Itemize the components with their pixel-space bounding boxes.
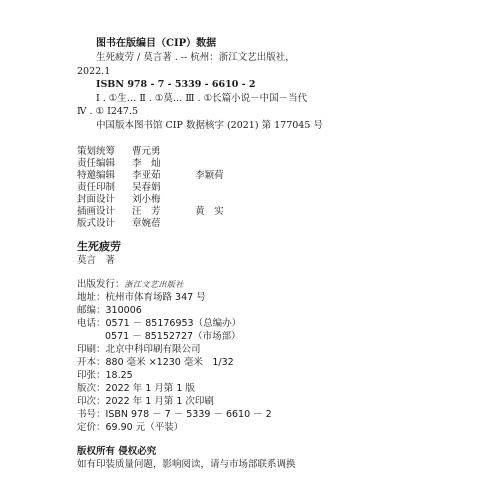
book-number-value: ISBN 978 － 7 － 5339 － 6610 － 2 [106, 409, 272, 420]
postcode-value: 310006 [106, 305, 142, 316]
credit-label: 策划统筹 [77, 146, 129, 158]
price-label: 定价： [77, 422, 106, 434]
credit-label: 版式设计 [77, 218, 129, 230]
cip-classification-2: Ⅳ . ① I247.5 [77, 106, 138, 118]
credit-row: 特邀编辑 李亚茹 李颖荷 [77, 170, 224, 182]
credit-row: 封面设计 刘小梅 [77, 194, 192, 206]
credit-row: 版式设计 章婉蓓 [77, 218, 192, 230]
edition-label: 版次： [77, 383, 106, 395]
publisher-row: 出版发行：浙江文艺出版社 [77, 279, 184, 291]
cip-line-2: 2022.1 [77, 66, 110, 78]
rights-title: 版权所有 侵权必究 [77, 446, 156, 458]
sheets-row: 印张：18.25 [77, 370, 133, 382]
credit-name: 黄 实 [195, 206, 224, 218]
book-number-row: 书号：ISBN 978 － 7 － 5339 － 6610 － 2 [77, 409, 272, 421]
printer-label: 印刷： [77, 344, 106, 356]
sheets-label: 印张： [77, 370, 106, 382]
address-label: 地址： [77, 292, 106, 304]
edition-row: 版次：2022 年 1 月第 1 版 [77, 383, 195, 395]
credit-name: 吴春娟 [132, 182, 192, 194]
sheets-value: 18.25 [106, 370, 133, 381]
phone-row: 电话：0571 － 85176953（总编办） [77, 318, 241, 330]
impression-row: 印次：2022 年 1 月第 1 次印刷 [77, 396, 214, 408]
credit-row: 责任编辑 李 灿 [77, 158, 192, 170]
edition-value: 2022 年 1 月第 1 版 [106, 383, 195, 394]
printer-value: 北京中科印刷有限公司 [106, 344, 201, 355]
cip-classification-1: Ⅰ . ①生… Ⅱ . ①莫… Ⅲ . ①长篇小说－中国－当代 [96, 93, 307, 105]
phone-value-2: 0571 － 85152727（市场部） [105, 331, 241, 343]
format-value: 880 毫米 ×1230 毫米 1/32 [106, 357, 234, 368]
publisher-label: 出版发行： [77, 279, 125, 291]
credit-label: 责任编辑 [77, 158, 129, 170]
impression-label: 印次： [77, 396, 106, 408]
phone-value-1: 0571 － 85176953（总编办） [106, 318, 242, 329]
phone-label: 电话： [77, 318, 106, 330]
book-title: 生死疲劳 [77, 241, 121, 253]
address-row: 地址：杭州市体育场路 347 号 [77, 292, 206, 304]
postcode-row: 邮编：310006 [77, 305, 142, 317]
printer-row: 印刷：北京中科印刷有限公司 [77, 344, 201, 356]
cip-isbn: ISBN 978 - 7 - 5339 - 6610 - 2 [96, 79, 256, 91]
cip-line-1: 生死疲劳 / 莫言著 . -- 杭州：浙江文艺出版社， [96, 52, 295, 64]
credit-label: 封面设计 [77, 194, 129, 206]
credit-name: 李亚茹 [132, 170, 192, 182]
credit-name: 李 灿 [132, 158, 192, 170]
copyright-page: 图书在版编目（CIP）数据 生死疲劳 / 莫言著 . -- 杭州：浙江文艺出版社… [0, 0, 500, 500]
credit-row: 责任印制 吴春娟 [77, 182, 192, 194]
credit-label: 责任印制 [77, 182, 129, 194]
format-row: 开本：880 毫米 ×1230 毫米 1/32 [77, 357, 234, 369]
credit-name: 李颖荷 [195, 170, 224, 182]
credit-label: 特邀编辑 [77, 170, 129, 182]
impression-value: 2022 年 1 月第 1 次印刷 [106, 396, 214, 407]
rights-notice: 如有印装质量问题，影响阅读，请与市场部联系调换 [77, 459, 296, 471]
book-author: 莫言 著 [77, 255, 115, 267]
book-number-label: 书号： [77, 409, 106, 421]
credit-row: 插画设计 汪 芳 黄 实 [77, 206, 224, 218]
price-row: 定价：69.90 元（平装） [77, 422, 183, 434]
cip-number: 中国版本图书馆 CIP 数据核字 (2021) 第 177045 号 [96, 120, 323, 132]
credit-name: 章婉蓓 [132, 218, 192, 230]
credit-label: 插画设计 [77, 206, 129, 218]
price-value: 69.90 元（平装） [106, 422, 184, 433]
credit-name: 曹元勇 [132, 146, 192, 158]
postcode-label: 邮编： [77, 305, 106, 317]
credit-name: 刘小梅 [132, 194, 192, 206]
publisher-logo: 浙江文艺出版社 [125, 280, 185, 289]
cip-title: 图书在版编目（CIP）数据 [96, 38, 216, 50]
credit-name: 汪 芳 [132, 206, 192, 218]
address-value: 杭州市体育场路 347 号 [106, 292, 206, 303]
format-label: 开本： [77, 357, 106, 369]
credit-row: 策划统筹 曹元勇 [77, 146, 192, 158]
